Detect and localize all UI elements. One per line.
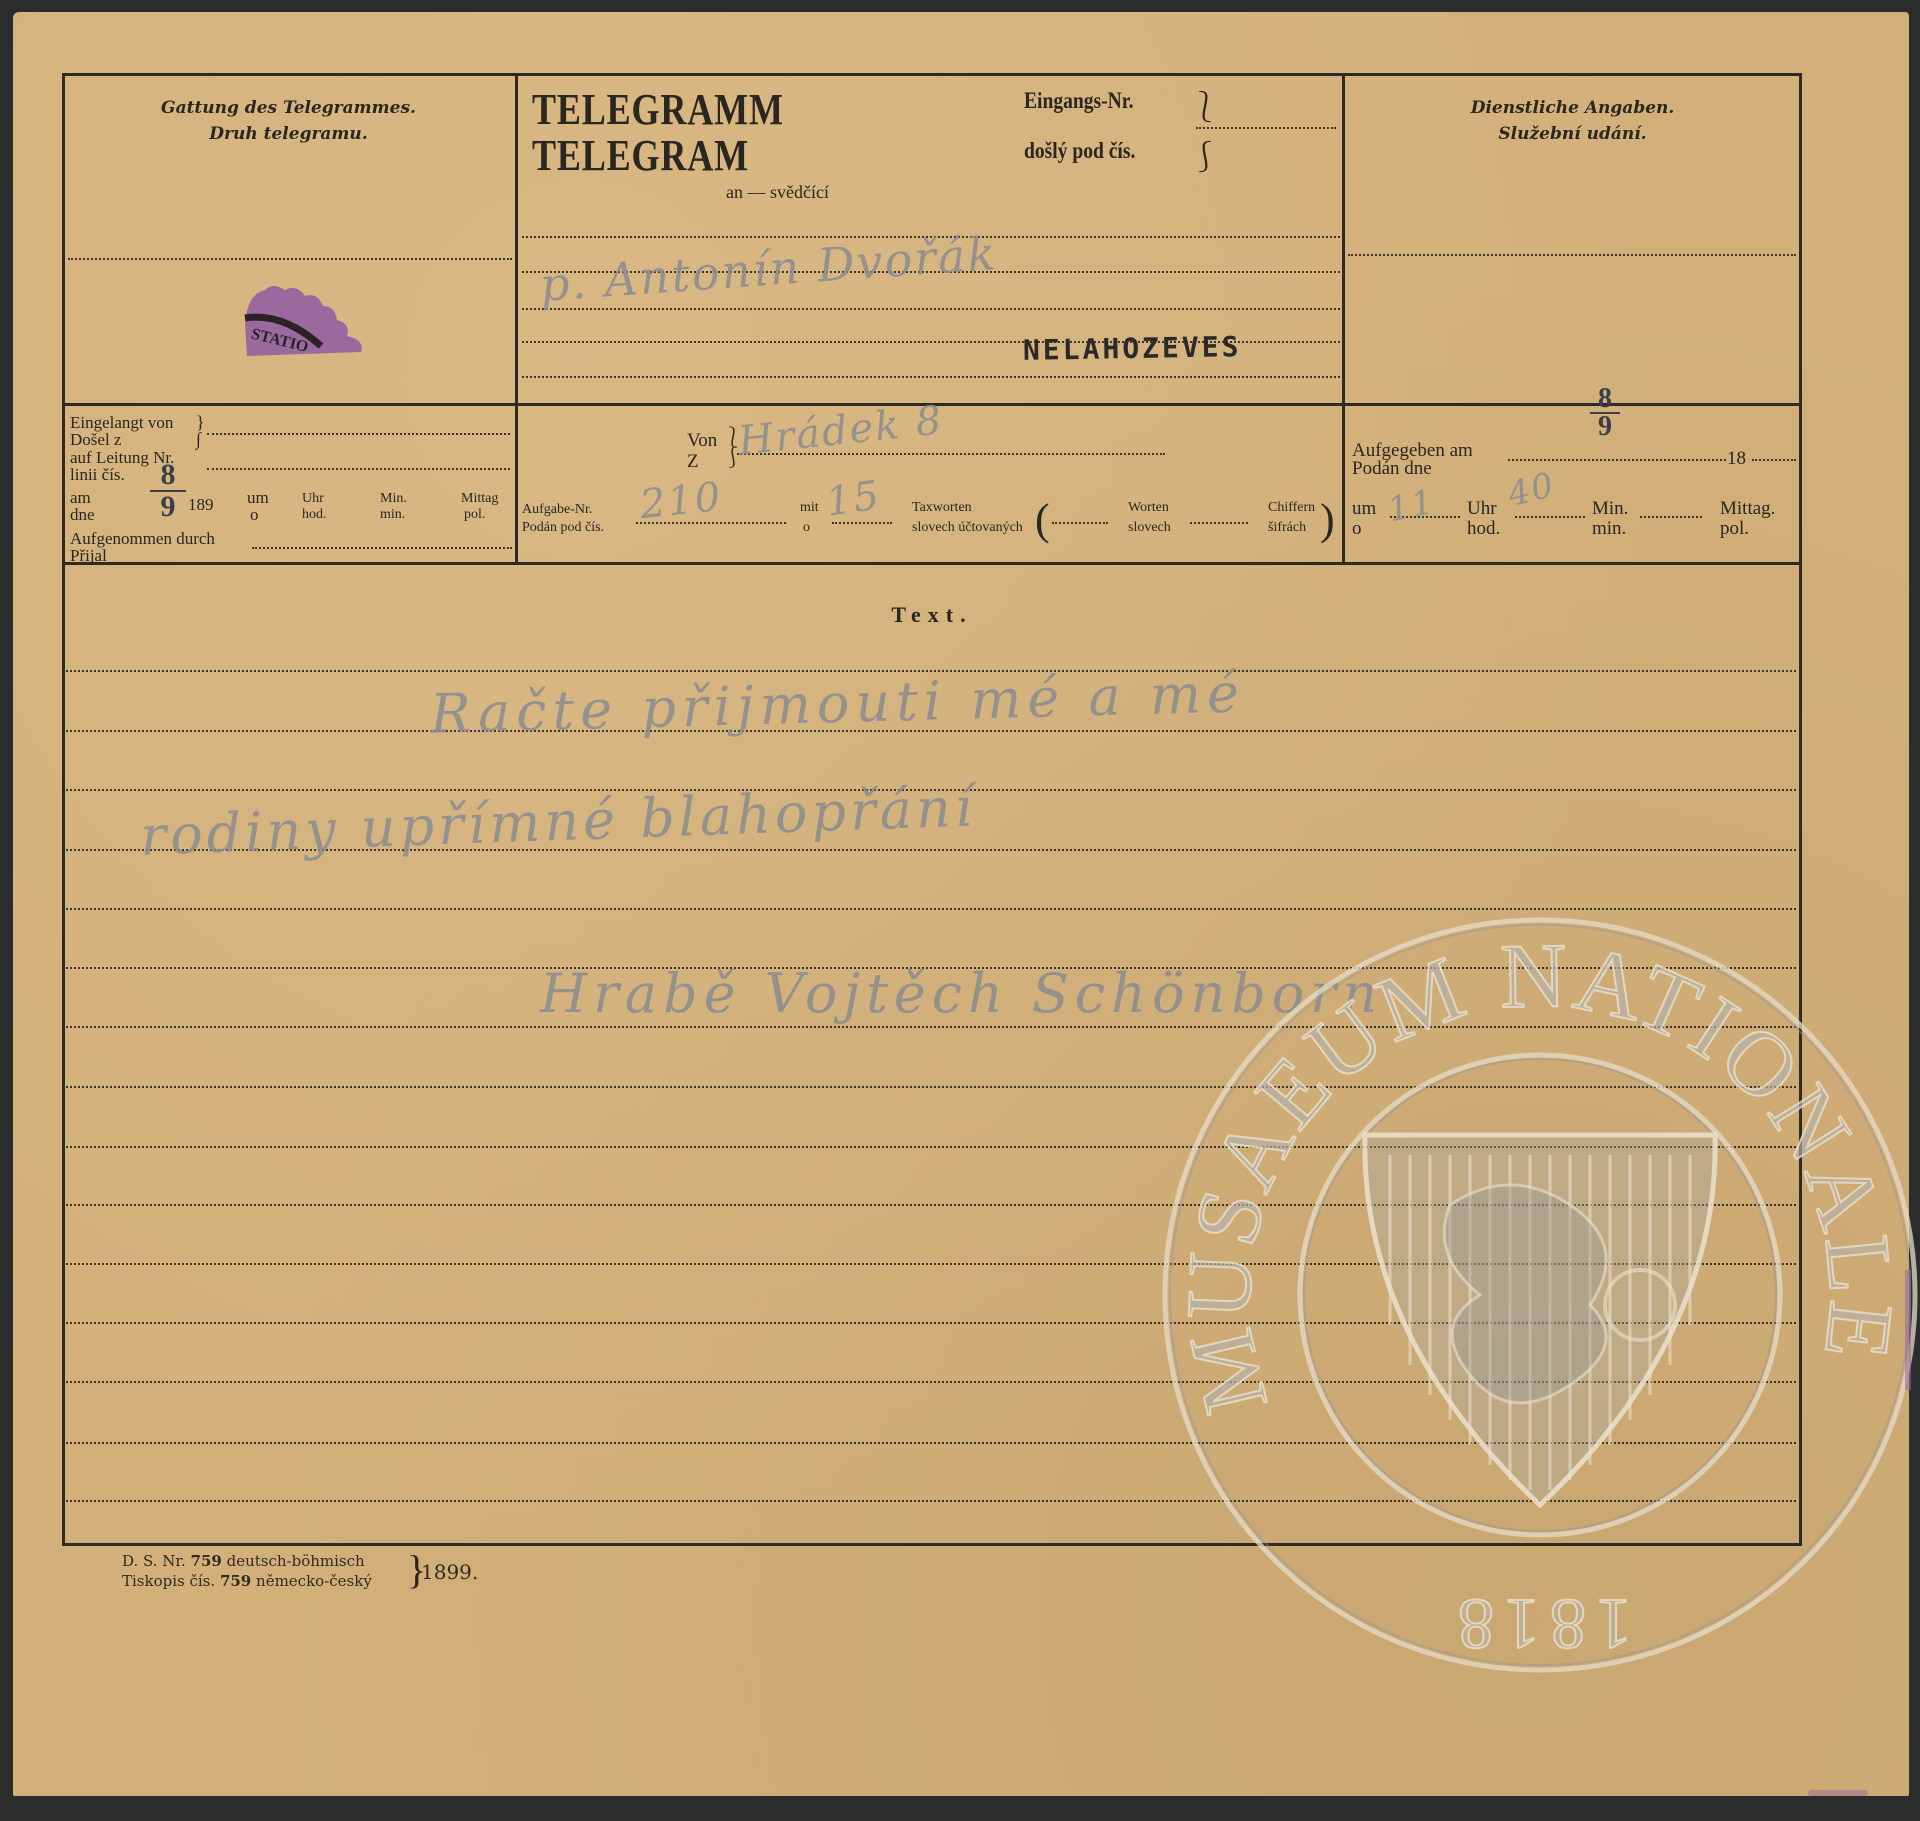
filed-year-prefix: 18 — [1727, 448, 1746, 470]
title-cs: TELEGRAM — [532, 130, 749, 181]
footer-line-2: Tiskopis čís. 759 německo-český — [122, 1571, 372, 1591]
addressee-prefix: an — svědčící — [726, 182, 829, 203]
line-no-field — [207, 468, 510, 470]
divider-left — [515, 73, 518, 565]
cipher-de: Chiffern — [1268, 500, 1315, 515]
filed-min-de: Min. — [1592, 498, 1628, 520]
footer-line-1: D. S. Nr. 759 deutsch-böhmisch — [122, 1551, 372, 1571]
filing-no-de: Aufgabe-Nr. — [522, 502, 592, 517]
cipher-cs: šifrách — [1268, 520, 1306, 535]
purple-ink-trace — [1905, 1270, 1911, 1390]
from-cs: Z — [687, 451, 699, 473]
purple-ink-trace — [1808, 1790, 1868, 1796]
footer-line1-suffix: deutsch-böhmisch — [227, 1552, 365, 1570]
filed-hour-de: Uhr — [1467, 498, 1497, 520]
received-min-cs: min. — [380, 507, 405, 522]
filed-noon-de: Mittag. — [1720, 498, 1775, 520]
taken-by-field — [252, 547, 512, 549]
frame-top — [62, 73, 1802, 76]
with-handwritten: 15 — [823, 472, 884, 525]
incoming-no-cs: došlý pod čís. — [1024, 138, 1135, 164]
address-line-5 — [522, 376, 1340, 378]
tax-words-field — [1052, 522, 1108, 524]
received-noon-de: Mittag — [461, 491, 498, 506]
received-from-field — [207, 433, 510, 435]
taken-by-cs: Přijal — [70, 547, 107, 565]
received-date-stamp: 8 9 — [150, 460, 186, 522]
filed-at-cs: o — [1352, 518, 1362, 540]
filed-min-field — [1515, 516, 1585, 518]
type-field-line — [68, 258, 512, 260]
received-month: 9 — [150, 490, 186, 522]
service-heading-de: Dienstliche Angaben. — [1345, 98, 1800, 118]
seal-year: 1818 — [1448, 1584, 1632, 1664]
paren-open: ( — [1035, 494, 1050, 545]
filed-hour-cs: hod. — [1467, 518, 1500, 540]
brace-incoming-2: ⎰ — [1190, 132, 1220, 176]
received-hour-cs: hod. — [302, 507, 327, 522]
tax-words-de: Taxworten — [912, 500, 972, 515]
address-line-3 — [522, 308, 1340, 310]
received-from-cs: Došel z — [70, 431, 121, 449]
line-no-cs: linii čís. — [70, 466, 125, 484]
filed-date-stamp: 8 9 — [1590, 386, 1620, 440]
brace-received: }∫ — [196, 414, 205, 448]
filed-at-de: um — [1352, 498, 1376, 520]
divider-right — [1342, 73, 1345, 565]
brace-incoming: ⎱ — [1190, 82, 1220, 126]
filing-no-cs: Podán pod čís. — [522, 520, 604, 535]
frame-left — [62, 73, 65, 1546]
received-noon-cs: pol. — [464, 507, 485, 522]
words-cs: slovech — [1128, 520, 1171, 535]
incoming-no-field — [1196, 127, 1336, 129]
filed-month: 9 — [1590, 412, 1620, 440]
received-year-prefix: 189 — [188, 496, 214, 514]
footer-line2-no: 759 — [220, 1572, 251, 1590]
footer-line1-prefix: D. S. Nr. — [122, 1552, 186, 1570]
filed-noon-cs: pol. — [1720, 518, 1749, 540]
tax-words-cs: slovech účtovaných — [912, 520, 1023, 535]
filed-min-cs: min. — [1592, 518, 1626, 540]
received-hour-de: Uhr — [302, 491, 324, 506]
words-de: Worten — [1128, 500, 1169, 515]
filed-year-field — [1752, 459, 1796, 461]
paren-close: ) — [1320, 494, 1335, 545]
museum-seal: MUSAEUM NATIONALE 1818 — [1150, 905, 1920, 1685]
title-de: TELEGRAMM — [532, 84, 784, 135]
with-de: mit — [800, 500, 819, 515]
received-min-de: Min. — [380, 491, 407, 506]
text-heading: Text. — [62, 602, 1802, 628]
row-divider-2 — [62, 562, 1802, 565]
filing-no-handwritten: 210 — [638, 474, 725, 528]
service-field-line — [1348, 254, 1796, 256]
with-cs: o — [803, 520, 810, 535]
footer-line1-no: 759 — [191, 1552, 222, 1570]
filed-date-field — [1508, 459, 1726, 461]
postmark-fragment: STATIO — [243, 284, 368, 362]
received-day: 8 — [150, 460, 186, 490]
words-field — [1190, 522, 1248, 524]
type-heading-de: Gattung des Telegrammes. — [62, 98, 515, 118]
footer-form-number: D. S. Nr. 759 deutsch-böhmisch Tiskopis … — [122, 1551, 372, 1591]
on-cs: dne — [70, 506, 95, 524]
footer-year: 1899. — [421, 1560, 478, 1584]
type-heading-cs: Druh telegramu. — [62, 124, 515, 144]
footer-line2-suffix: německo-český — [256, 1572, 372, 1590]
location-stamp: NELAHOZEVES — [1023, 330, 1242, 367]
filed-noon-field — [1640, 516, 1702, 518]
footer-line2-prefix: Tiskopis čís. — [122, 1572, 215, 1590]
filed-on-cs: Podán dne — [1352, 458, 1432, 480]
incoming-no-de: Eingangs-Nr. — [1024, 88, 1134, 114]
received-at-cs: o — [250, 506, 259, 524]
filed-day: 8 — [1590, 386, 1620, 412]
service-heading-cs: Služební udání. — [1345, 124, 1800, 144]
from-de: Von — [687, 430, 717, 452]
